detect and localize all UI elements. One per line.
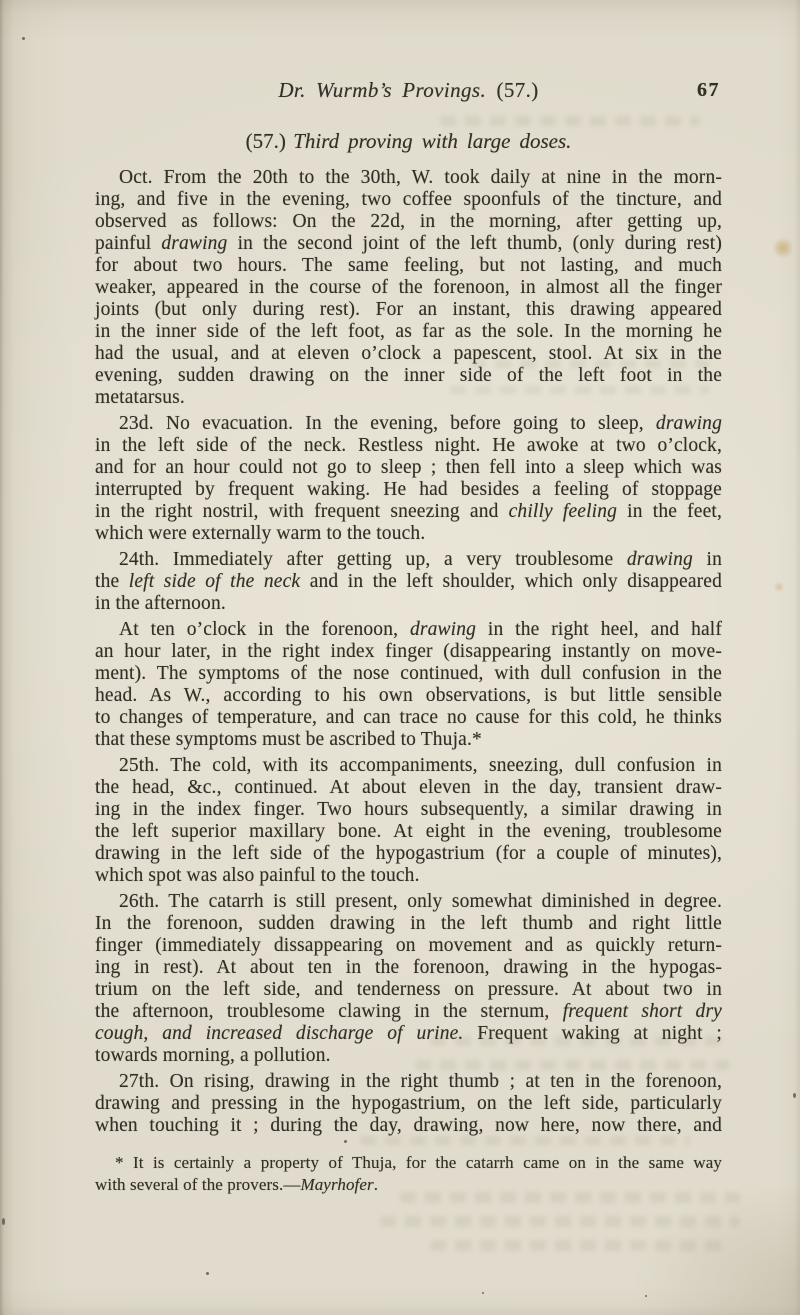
- text-segment: trium on the left side, and tenderness o…: [95, 979, 722, 1000]
- paragraph: 27th. On rising, drawing in the right th…: [95, 1071, 722, 1137]
- ghost-text-artifact: [400, 1192, 740, 1203]
- paper-speck: [482, 1292, 484, 1294]
- text-segment: the: [95, 571, 129, 592]
- text-line: the head, &c., continued. At about eleve…: [95, 777, 722, 799]
- text-segment: In the forenoon, sudden drawing in the l…: [95, 913, 722, 934]
- text-segment: in the afternoon.: [95, 593, 226, 614]
- emphasized-text: drawing: [410, 619, 476, 640]
- paragraph: 25th. The cold, with its accompaniments,…: [95, 755, 722, 887]
- text-segment: with several of the provers.—: [95, 1175, 300, 1194]
- text-segment: ing, and five in the evening, two coffee…: [95, 189, 722, 210]
- text-segment: ment). The symptoms of the nose continue…: [95, 663, 722, 684]
- running-title: Dr. Wurmb’s Provings.: [278, 78, 486, 102]
- text-segment: ing in the index finger. Two hours subse…: [95, 799, 722, 820]
- text-line: 23d. No evacuation. In the evening, befo…: [95, 413, 722, 435]
- text-line: an hour later, in the right index finger…: [95, 641, 722, 663]
- paper-speck: [206, 1272, 209, 1275]
- paper-speck: [645, 1295, 647, 1297]
- text-segment: Oct. From the 20th to the 30th, W. took …: [119, 167, 722, 188]
- emphasized-text: left side of the neck: [129, 571, 300, 592]
- text-segment: evening, sudden drawing on the inner sid…: [95, 365, 722, 386]
- text-segment: in the right heel, and half: [476, 619, 722, 640]
- text-line: Oct. From the 20th to the 30th, W. took …: [95, 167, 722, 189]
- emphasized-text: cough, and increased discharge of urine.: [95, 1023, 463, 1044]
- text-line: drawing in the left side of the hypogast…: [95, 843, 722, 865]
- paragraph: 23d. No evacuation. In the evening, befo…: [95, 413, 722, 545]
- text-line: ing in rest). At about ten in the foreno…: [95, 957, 722, 979]
- text-segment: drawing in the left side of the hypogast…: [95, 843, 722, 864]
- text-segment: when touching it ; during the day, drawi…: [95, 1115, 722, 1136]
- text-segment: At ten o’clock in the forenoon,: [119, 619, 410, 640]
- text-line: and for an hour could not go to sleep ; …: [95, 457, 722, 479]
- paper-speck: [344, 1140, 347, 1143]
- text-segment: .: [374, 1175, 378, 1194]
- text-segment: 23d. No evacuation. In the evening, befo…: [119, 413, 656, 434]
- ghost-text-artifact: [415, 1060, 730, 1070]
- running-head: Dr. Wurmb’s Provings. (57.): [95, 78, 722, 103]
- text-segment: ing in rest). At about ten in the foreno…: [95, 957, 722, 978]
- ghost-text-artifact: [360, 1136, 690, 1145]
- text-segment: weaker, appeared in the course of the fo…: [95, 277, 722, 298]
- text-line: joints (but only during rest). For an in…: [95, 299, 722, 321]
- text-line: which were externally warm to the touch.: [95, 523, 722, 545]
- text-segment: in the inner side of the left foot, as f…: [95, 321, 722, 342]
- text-line: that these symptoms must be ascribed to …: [95, 729, 722, 751]
- emphasized-text: frequent short dry: [563, 1001, 722, 1022]
- text-line: the left superior maxillary bone. At eig…: [95, 821, 722, 843]
- running-title-number: (57.): [496, 78, 538, 102]
- text-segment: drawing and pressing in the hypogastrium…: [95, 1093, 722, 1114]
- text-segment: that these symptoms must be ascribed to …: [95, 729, 482, 750]
- text-segment: finger (immediately dissappearing on mov…: [95, 935, 722, 956]
- text-line: in the inner side of the left foot, as f…: [95, 321, 722, 343]
- text-line: 27th. On rising, drawing in the right th…: [95, 1071, 722, 1093]
- text-segment: in the left side of the neck. Restless n…: [95, 435, 722, 456]
- text-line: weaker, appeared in the course of the fo…: [95, 277, 722, 299]
- text-line: 25th. The cold, with its accompaniments,…: [95, 755, 722, 777]
- text-segment: in: [693, 549, 722, 570]
- text-line: the left side of the neck and in the lef…: [95, 571, 722, 593]
- ghost-text-artifact: [430, 1036, 730, 1046]
- text-line: * It is certainly a property of Thuja, f…: [95, 1152, 722, 1174]
- paragraph: At ten o’clock in the forenoon, drawing …: [95, 619, 722, 751]
- footnote: * It is certainly a property of Thuja, f…: [95, 1152, 722, 1195]
- text-segment: the head, &c., continued. At about eleve…: [95, 777, 722, 798]
- emphasized-text: chilly feeling: [509, 501, 617, 522]
- text-segment: head. As W., according to his own observ…: [95, 685, 722, 706]
- emphasized-text: drawing: [627, 549, 693, 570]
- emphasized-text: drawing: [161, 233, 227, 254]
- text-segment: in the second joint of the left thumb, (…: [227, 233, 722, 254]
- text-segment: observed as follows: On the 22d, in the …: [95, 211, 722, 232]
- text-line: ing in the index finger. Two hours subse…: [95, 799, 722, 821]
- text-segment: towards morning, a pollution.: [95, 1045, 331, 1066]
- text-segment: painful: [95, 233, 161, 254]
- book-page-scan: Dr. Wurmb’s Provings. (57.) 67 (57.)Thir…: [0, 0, 800, 1315]
- text-segment: 26th. The catarrh is still present, only…: [119, 891, 722, 912]
- ghost-text-artifact: [440, 116, 700, 126]
- text-segment: an hour later, in the right index finger…: [95, 641, 722, 662]
- text-segment: * It is certainly a property of Thuja, f…: [115, 1153, 722, 1172]
- section-heading: (57.)Third proving with large doses.: [95, 129, 722, 154]
- ghost-text-artifact: [470, 360, 710, 368]
- text-line: observed as follows: On the 22d, in the …: [95, 211, 722, 233]
- text-segment: interrupted by frequent waking. He had b…: [95, 479, 722, 500]
- text-segment: 27th. On rising, drawing in the right th…: [119, 1071, 722, 1092]
- section-number: (57.): [246, 129, 286, 153]
- text-line: drawing and pressing in the hypogastrium…: [95, 1093, 722, 1115]
- emphasized-text: Mayrhofer: [300, 1175, 373, 1194]
- page-number: 67: [697, 79, 720, 102]
- text-line: for about two hours. The same feeling, b…: [95, 255, 722, 277]
- text-line: painful drawing in the second joint of t…: [95, 233, 722, 255]
- text-segment: in the right nostril, with frequent snee…: [95, 501, 509, 522]
- paper-stain: [770, 235, 796, 261]
- text-segment: which were externally warm to the touch.: [95, 523, 425, 544]
- text-segment: metatarsus.: [95, 387, 185, 408]
- text-segment: joints (but only during rest). For an in…: [95, 299, 722, 320]
- ghost-text-artifact: [380, 1216, 740, 1227]
- text-line: ing, and five in the evening, two coffee…: [95, 189, 722, 211]
- text-line: head. As W., according to his own observ…: [95, 685, 722, 707]
- text-line: 24th. Immediately after getting up, a ve…: [95, 549, 722, 571]
- text-line: trium on the left side, and tenderness o…: [95, 979, 722, 1001]
- text-line: when touching it ; during the day, drawi…: [95, 1115, 722, 1137]
- text-line: in the left side of the neck. Restless n…: [95, 435, 722, 457]
- text-line: in the afternoon.: [95, 593, 722, 615]
- text-segment: the left superior maxillary bone. At eig…: [95, 821, 722, 842]
- text-segment: and for an hour could not go to sleep ; …: [95, 457, 722, 478]
- text-segment: 24th. Immediately after getting up, a ve…: [119, 549, 627, 570]
- text-line: interrupted by frequent waking. He had b…: [95, 479, 722, 501]
- ghost-text-artifact: [450, 386, 710, 394]
- text-segment: and in the left shoulder, which only dis…: [300, 571, 722, 592]
- emphasized-text: drawing: [656, 413, 722, 434]
- paper-stain: [772, 580, 786, 594]
- paper-speck: [793, 1093, 796, 1098]
- text-line: in the right nostril, with frequent snee…: [95, 501, 722, 523]
- paragraph: 24th. Immediately after getting up, a ve…: [95, 549, 722, 615]
- text-line: At ten o’clock in the forenoon, drawing …: [95, 619, 722, 641]
- text-segment: in the feet,: [617, 501, 722, 522]
- text-line: In the forenoon, sudden drawing in the l…: [95, 913, 722, 935]
- text-line: which spot was also painful to the touch…: [95, 865, 722, 887]
- text-segment: to changes of temperature, and can trace…: [95, 707, 722, 728]
- text-segment: 25th. The cold, with its accompaniments,…: [119, 755, 722, 776]
- section-title: Third proving with large doses.: [293, 129, 571, 153]
- text-line: ment). The symptoms of the nose continue…: [95, 663, 722, 685]
- text-line: 26th. The catarrh is still present, only…: [95, 891, 722, 913]
- text-line: finger (immediately dissappearing on mov…: [95, 935, 722, 957]
- text-line: the afternoon, troublesome clawing in th…: [95, 1001, 722, 1023]
- text-segment: the afternoon, troublesome clawing in th…: [95, 1001, 563, 1022]
- text-segment: for about two hours. The same feeling, b…: [95, 255, 722, 276]
- paper-speck: [22, 37, 25, 40]
- ghost-text-artifact: [430, 1240, 730, 1251]
- paragraph: Oct. From the 20th to the 30th, W. took …: [95, 167, 722, 409]
- text-segment: which spot was also painful to the touch…: [95, 865, 420, 886]
- body-text: Oct. From the 20th to the 30th, W. took …: [95, 167, 722, 1137]
- text-line: to changes of temperature, and can trace…: [95, 707, 722, 729]
- paper-speck: [2, 1218, 5, 1225]
- text-line: evening, sudden drawing on the inner sid…: [95, 365, 722, 387]
